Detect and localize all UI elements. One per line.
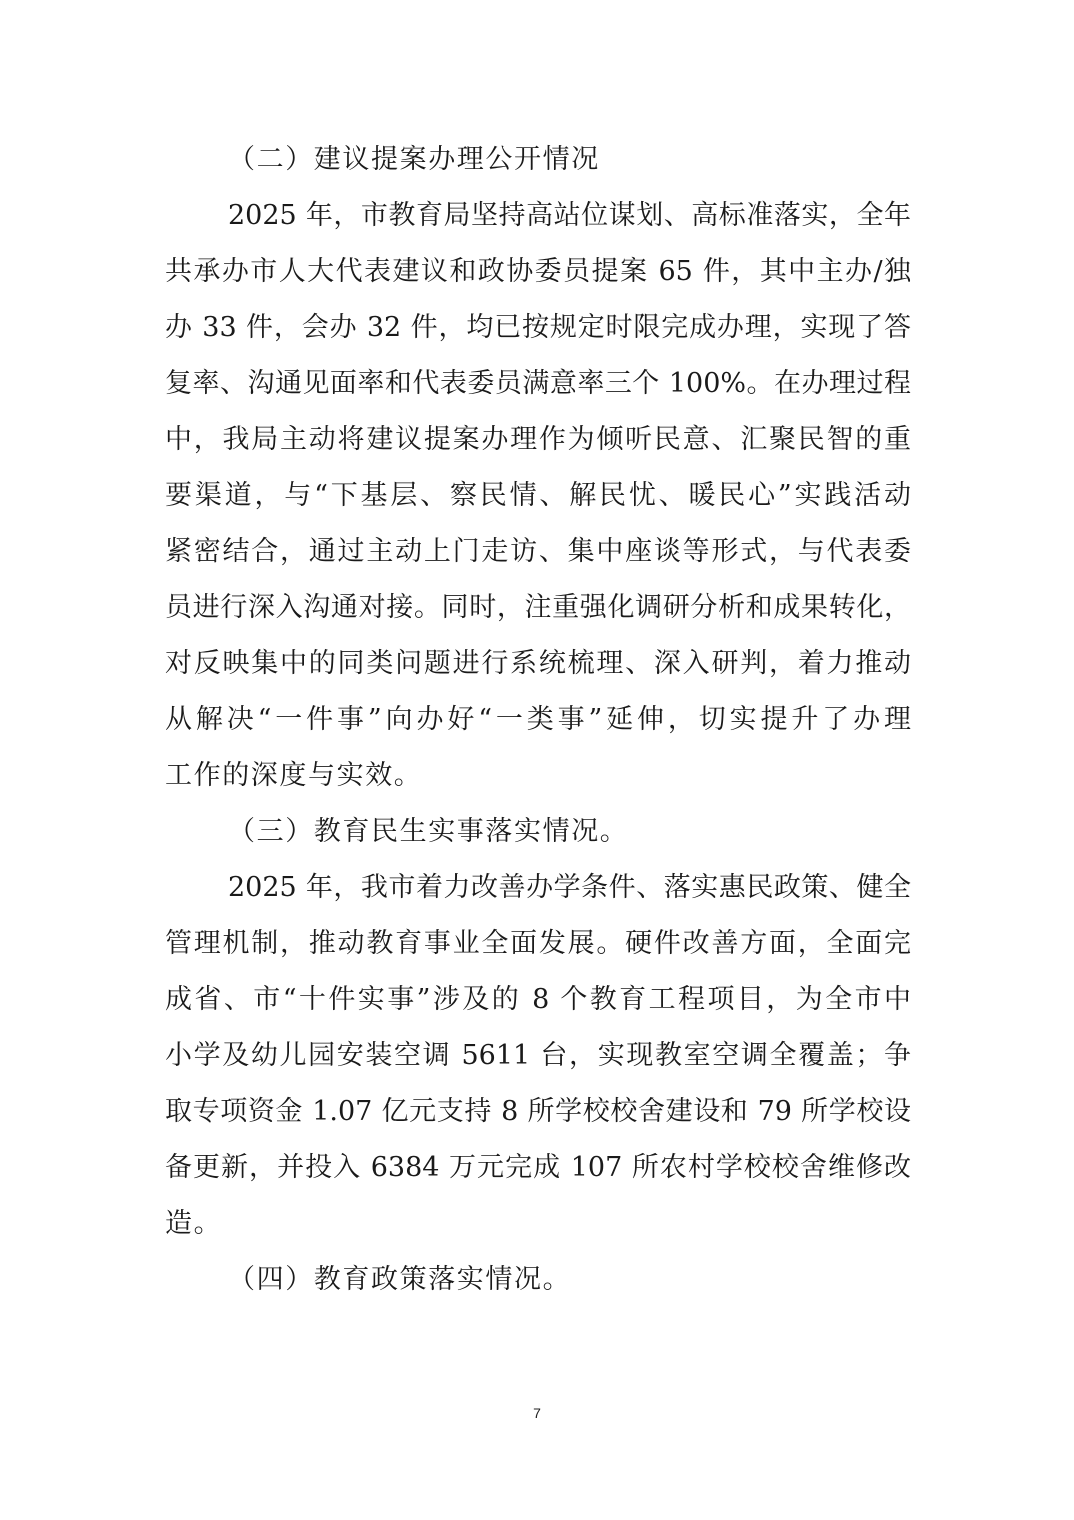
paragraph-line: 从解决“一件事”向办好“一类事”延伸，切实提升了办理 bbox=[165, 698, 911, 741]
paragraph-line: 对反映集中的同类问题进行系统梳理、深入研判，着力推动 bbox=[165, 642, 911, 685]
paragraph-line: 管理机制，推动教育事业全面发展。硬件改善方面，全面完 bbox=[165, 922, 911, 965]
paragraph-line: 复率、沟通见面率和代表委员满意率三个 100%。在办理过程 bbox=[165, 362, 911, 405]
paragraph-line: 备更新，并投入 6384 万元完成 107 所农村学校校舍维修改 bbox=[165, 1146, 911, 1189]
paragraph-line: 紧密结合，通过主动上门走访、集中座谈等形式，与代表委 bbox=[165, 530, 911, 573]
paragraph-line: 工作的深度与实效。 bbox=[165, 754, 925, 797]
paragraph-line: 小学及幼儿园安装空调 5611 台，实现教室空调全覆盖；争 bbox=[165, 1034, 911, 1077]
document-page: （二）建议提案办理公开情况 2025 年，市教育局坚持高站位谋划、高标准落实，全… bbox=[0, 0, 1074, 1520]
paragraph-line: 成省、市“十件实事”涉及的 8 个教育工程项目，为全市中 bbox=[165, 978, 911, 1021]
paragraph-line: 取专项资金 1.07 亿元支持 8 所学校校舍建设和 79 所学校设 bbox=[165, 1090, 911, 1133]
section-heading-2: （二）建议提案办理公开情况 bbox=[228, 138, 988, 181]
paragraph-line: 中，我局主动将建议提案办理作为倾听民意、汇聚民智的重 bbox=[165, 418, 911, 461]
paragraph-line: 2025 年，市教育局坚持高站位谋划、高标准落实，全年 bbox=[228, 194, 911, 237]
paragraph-line: 造。 bbox=[165, 1202, 925, 1245]
paragraph-line: 要渠道，与“下基层、察民情、解民忧、暖民心”实践活动 bbox=[165, 474, 911, 517]
paragraph-line: 员进行深入沟通对接。同时，注重强化调研分析和成果转化， bbox=[165, 586, 911, 629]
paragraph-line: 办 33 件，会办 32 件，均已按规定时限完成办理，实现了答 bbox=[165, 306, 911, 349]
paragraph-line: 2025 年，我市着力改善办学条件、落实惠民政策、健全 bbox=[228, 866, 911, 909]
section-heading-4: （四）教育政策落实情况。 bbox=[228, 1258, 988, 1301]
section-heading-3: （三）教育民生实事落实情况。 bbox=[228, 810, 988, 853]
paragraph-line: 共承办市人大代表建议和政协委员提案 65 件，其中主办/独 bbox=[165, 250, 911, 293]
page-number: 7 bbox=[0, 1405, 1074, 1421]
